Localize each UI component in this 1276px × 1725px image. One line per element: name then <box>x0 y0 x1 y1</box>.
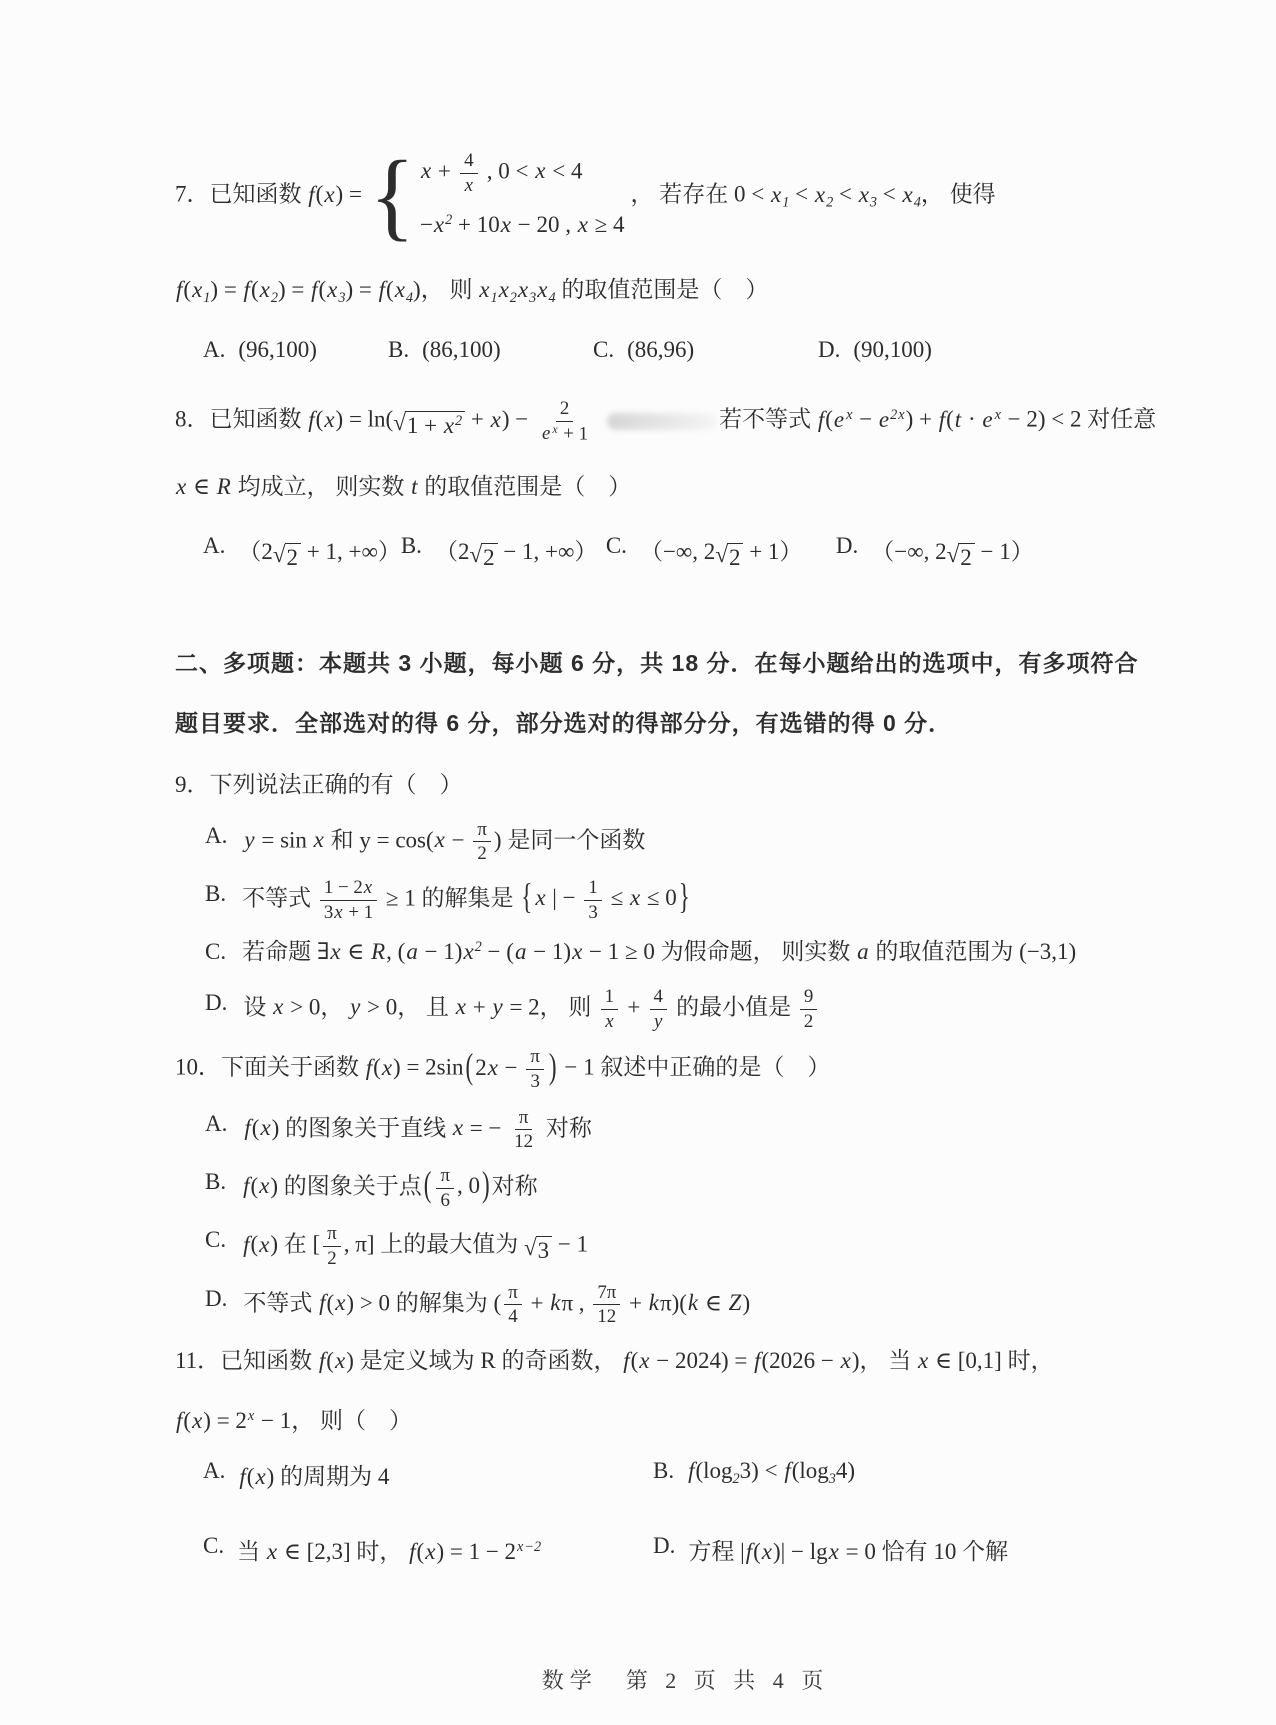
option-value: （2√2 + 1, +∞） <box>238 533 400 572</box>
option-value: (90,100) <box>853 337 932 363</box>
question-7: 7．已知函数 f(x) = {x + 4x , 0 < x < 4−x2 + 1… <box>175 150 1196 363</box>
option-label: D. <box>205 1282 227 1328</box>
q11-option-d: D. 方程 |f(x)| − lgx = 0 恰有 10 个解 <box>653 1533 1196 1566</box>
q7-option-b: B. (86,100) <box>388 337 593 363</box>
q11-options: A. f(x) 的周期为 4 B. f(log23) < f(log34) C.… <box>203 1458 1196 1566</box>
q8-stem-line-1: 8．已知函数 f(x) = ln(√1 + x2 + x) − 2ex + 1若… <box>175 398 1196 445</box>
option-label: A. <box>203 533 225 572</box>
q9-option-d: D. 设 x > 0， y > 0， 且 x + y = 2， 则 1x + 4… <box>205 986 1196 1032</box>
q9-option-b: B. 不等式 1 − 2x3x + 1 ≥ 1 的解集是 {x | − 13 ≤… <box>205 877 1196 923</box>
question-9: 9．下列说法正确的有（ ） A. y = sin x 和 y = cos(x −… <box>175 768 1196 1032</box>
q9-stem: 9．下列说法正确的有（ ） <box>175 768 1196 803</box>
q11-stem-line-1: 11．已知函数 f(x) 是定义域为 R 的奇函数， f(x − 2024) =… <box>175 1344 1196 1379</box>
q7-options: A. (96,100) B. (86,100) C. (86,96) D. (9… <box>203 337 1196 363</box>
option-label: B. <box>205 1165 226 1211</box>
option-value: f(x) 在 [π2, π] 上的最大值为 √3 − 1 <box>242 1223 588 1269</box>
footer-text: 数学 第 2 页 共 4 页 <box>542 1668 830 1693</box>
q8-option-c: C. （−∞, 2√2 + 1） <box>606 533 836 572</box>
option-value: f(x) 的图象关于直线 x = − π12 对称 <box>243 1107 591 1153</box>
option-value: (96,100) <box>238 337 317 363</box>
option-label: C. <box>593 337 614 363</box>
option-label: A. <box>203 1458 225 1491</box>
q9-option-c: C. 若命题 ∃x ∈ R, (a − 1)x2 − (a − 1)x − 1 … <box>205 935 1196 970</box>
option-value: f(log23) < f(log34) <box>687 1458 855 1491</box>
option-label: B. <box>388 337 409 363</box>
option-value: （−∞, 2√2 + 1） <box>640 533 802 572</box>
question-8: 8．已知函数 f(x) = ln(√1 + x2 + x) − 2ex + 1若… <box>175 398 1196 571</box>
q7-option-c: C. (86,96) <box>593 337 818 363</box>
q10-option-d: D. 不等式 f(x) > 0 的解集为 (π4 + kπ , 7π12 + k… <box>205 1282 1196 1328</box>
option-value: 不等式 1 − 2x3x + 1 ≥ 1 的解集是 {x | − 13 ≤ x … <box>242 877 692 923</box>
option-label: C. <box>203 1533 224 1566</box>
option-value: 方程 |f(x)| − lgx = 0 恰有 10 个解 <box>688 1533 1008 1566</box>
option-label: C. <box>606 533 627 572</box>
option-value: f(x) 的周期为 4 <box>238 1458 389 1491</box>
q7-stem-line-1: 7．已知函数 f(x) = {x + 4x , 0 < x < 4−x2 + 1… <box>175 150 1196 243</box>
q8-stem-line-2: x ∈ R 均成立， 则实数 t 的取值范围是（ ） <box>175 470 1196 505</box>
q10-option-a: A. f(x) 的图象关于直线 x = − π12 对称 <box>205 1107 1196 1153</box>
option-label: D. <box>653 1533 675 1566</box>
option-value: y = sin x 和 y = cos(x − π2) 是同一个函数 <box>243 819 645 865</box>
section-2-heading-line-2: 题目要求．全部选对的得 6 分，部分选对的得部分分，有选错的得 0 分． <box>175 706 1196 741</box>
option-value: (86,100) <box>422 337 501 363</box>
q8-option-a: A. （2√2 + 1, +∞） <box>203 533 401 572</box>
q9-option-a: A. y = sin x 和 y = cos(x − π2) 是同一个函数 <box>205 819 1196 865</box>
q7-option-a: A. (96,100) <box>203 337 388 363</box>
section-2-heading-line-1: 二、多项题：本题共 3 小题，每小题 6 分，共 18 分．在每小题给出的选项中… <box>175 646 1196 681</box>
option-label: D. <box>818 337 840 363</box>
option-label: D. <box>836 533 858 572</box>
q8-option-d: D. （−∞, 2√2 − 1） <box>836 533 1034 572</box>
q11-option-b: B. f(log23) < f(log34) <box>653 1458 1196 1491</box>
option-value: 当 x ∈ [2,3] 时， f(x) = 1 − 2x−2 <box>237 1533 541 1566</box>
option-value: (86,96) <box>627 337 694 363</box>
exam-page: 7．已知函数 f(x) = {x + 4x , 0 < x < 4−x2 + 1… <box>0 0 1276 1725</box>
q11-option-a: A. f(x) 的周期为 4 <box>203 1458 653 1491</box>
option-label: B. <box>205 877 226 923</box>
option-label: B. <box>401 533 422 572</box>
option-value: （−∞, 2√2 − 1） <box>871 533 1033 572</box>
q8-option-b: B. （2√2 − 1, +∞） <box>401 533 606 572</box>
option-value: （2√2 − 1, +∞） <box>435 533 597 572</box>
option-value: 若命题 ∃x ∈ R, (a − 1)x2 − (a − 1)x − 1 ≥ 0… <box>242 935 1076 970</box>
question-10: 10．下面关于函数 f(x) = 2sin(2x − π3) − 1 叙述中正确… <box>175 1046 1196 1328</box>
option-label: A. <box>205 819 227 865</box>
q7-stem-line-2: f(x1) = f(x2) = f(x3) = f(x4)， 则 x1x2x3x… <box>175 273 1196 309</box>
page-footer: 数学 第 2 页 共 4 页 <box>175 1664 1196 1695</box>
q11-option-c: C. 当 x ∈ [2,3] 时， f(x) = 1 − 2x−2 <box>203 1533 653 1566</box>
option-value: f(x) 的图象关于点(π6, 0)对称 <box>242 1165 538 1211</box>
option-label: A. <box>203 337 225 363</box>
q10-stem: 10．下面关于函数 f(x) = 2sin(2x − π3) − 1 叙述中正确… <box>175 1046 1196 1092</box>
q7-option-d: D. (90,100) <box>818 337 932 363</box>
q10-option-b: B. f(x) 的图象关于点(π6, 0)对称 <box>205 1165 1196 1211</box>
question-11: 11．已知函数 f(x) 是定义域为 R 的奇函数， f(x − 2024) =… <box>175 1344 1196 1566</box>
option-label: C. <box>205 1223 226 1269</box>
option-label: C. <box>205 935 226 970</box>
q11-stem-line-2: f(x) = 2x − 1， 则（ ） <box>175 1404 1196 1439</box>
q10-option-c: C. f(x) 在 [π2, π] 上的最大值为 √3 − 1 <box>205 1223 1196 1269</box>
option-label: B. <box>653 1458 674 1491</box>
q8-options: A. （2√2 + 1, +∞） B. （2√2 − 1, +∞） C. （−∞… <box>203 533 1196 572</box>
option-value: 设 x > 0， y > 0， 且 x + y = 2， 则 1x + 4y 的… <box>243 986 820 1032</box>
option-label: D. <box>205 986 227 1032</box>
option-value: 不等式 f(x) > 0 的解集为 (π4 + kπ , 7π12 + kπ)(… <box>243 1282 750 1328</box>
option-label: A. <box>205 1107 227 1153</box>
